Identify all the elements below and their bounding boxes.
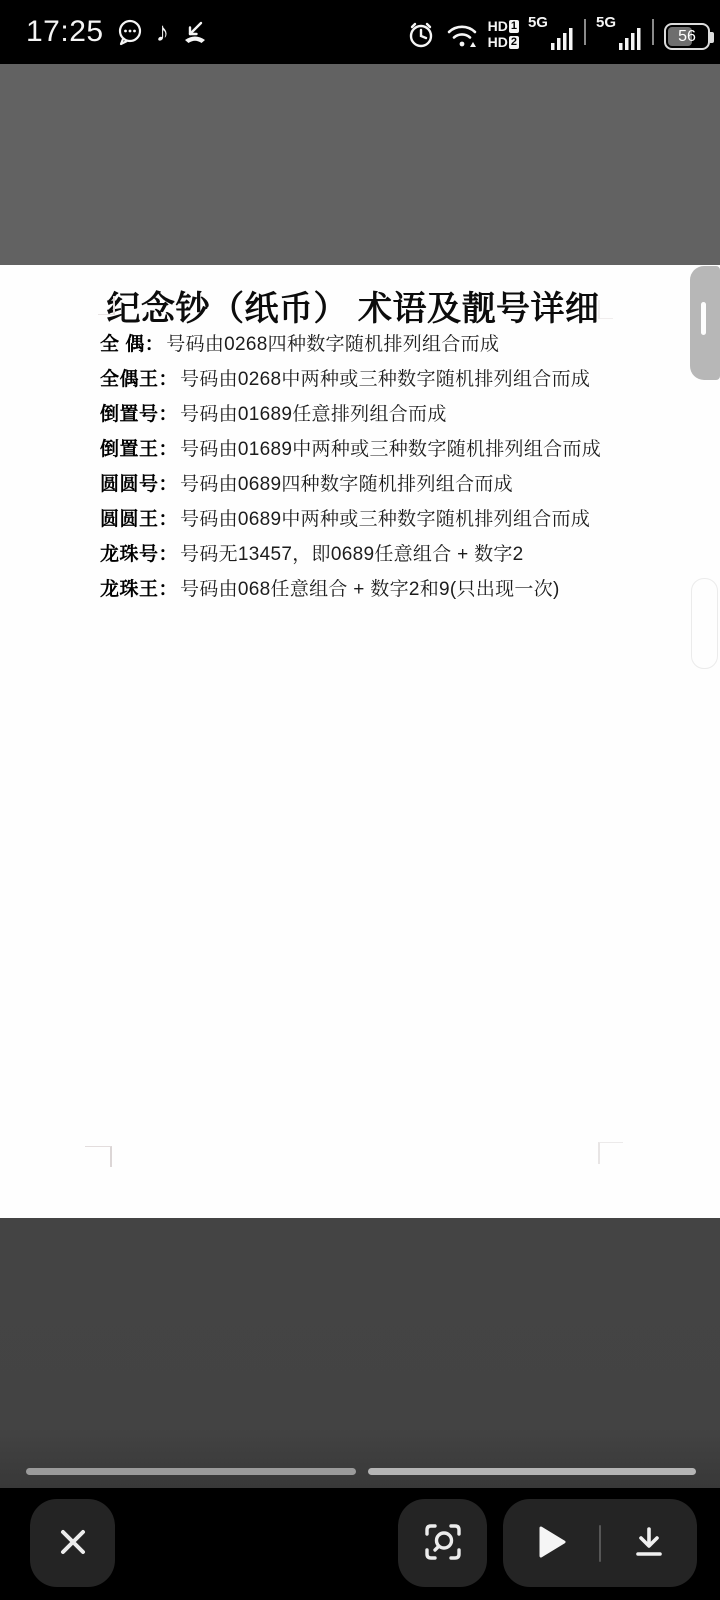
hd2-label: HD bbox=[488, 35, 508, 50]
phone-screen: 17:25 ♪ bbox=[0, 0, 720, 1600]
term-definition: 号码由01689中两种或三种数字随机排列组合而成 bbox=[180, 434, 601, 461]
media-action-group bbox=[503, 1499, 697, 1587]
term-entry: 龙珠号： 号码无13457，即0689任意组合 + 数字2 bbox=[100, 535, 680, 570]
registration-mark-top-right bbox=[598, 300, 613, 319]
status-bar: 17:25 ♪ bbox=[0, 0, 720, 64]
term-entry: 圆圆号： 号码由0689四种数字随机排列组合而成 bbox=[100, 465, 680, 500]
close-button[interactable] bbox=[30, 1499, 115, 1587]
tiktok-icon: ♪ bbox=[156, 17, 170, 48]
term-definition: 号码由0268中两种或三种数字随机排列组合而成 bbox=[180, 364, 590, 391]
term-entry: 龙珠王： 号码由068任意组合 + 数字2和9(只出现一次) bbox=[100, 570, 680, 605]
term-entry: 全偶王： 号码由0268中两种或三种数字随机排列组合而成 bbox=[100, 360, 680, 395]
signal-sim1-icon: 5G bbox=[528, 14, 574, 50]
term-definition: 号码由068任意组合 + 数字2和9(只出现一次) bbox=[180, 574, 560, 601]
term-label: 龙珠王： bbox=[100, 574, 178, 601]
image-search-icon bbox=[420, 1519, 466, 1568]
registration-mark-top-left bbox=[98, 296, 115, 315]
hd2-sim-number: 2 bbox=[509, 36, 519, 49]
chat-bubble-icon bbox=[116, 18, 144, 46]
download-icon bbox=[630, 1523, 668, 1564]
term-label: 全偶王： bbox=[100, 364, 178, 391]
term-entry: 圆圆王： 号码由0689中两种或三种数字随机排列组合而成 bbox=[100, 500, 680, 535]
image-search-button[interactable] bbox=[398, 1499, 487, 1587]
close-icon bbox=[52, 1521, 94, 1566]
term-label: 倒置王： bbox=[100, 434, 178, 461]
battery-percent: 56 bbox=[678, 28, 696, 46]
signal-sim2-icon: 5G bbox=[596, 14, 642, 50]
clock-text: 17:25 bbox=[26, 15, 104, 49]
status-divider bbox=[652, 19, 654, 45]
download-button[interactable] bbox=[601, 1499, 697, 1587]
play-icon bbox=[534, 1524, 568, 1563]
term-label: 圆圆号： bbox=[100, 469, 178, 496]
bottom-toolbar bbox=[0, 1488, 720, 1600]
scrollbar-grip-icon bbox=[701, 302, 706, 335]
battery-icon: 56 bbox=[664, 23, 710, 50]
missed-call-icon bbox=[181, 18, 209, 46]
scrollbar-thumb[interactable] bbox=[690, 266, 720, 380]
page-progress-bar-2[interactable] bbox=[368, 1468, 696, 1475]
viewer-background-top[interactable] bbox=[0, 64, 720, 265]
term-definition: 号码无13457，即0689任意组合 + 数字2 bbox=[180, 539, 524, 566]
term-label: 倒置号： bbox=[100, 399, 178, 426]
term-entry: 倒置号： 号码由01689任意排列组合而成 bbox=[100, 395, 680, 430]
term-definition: 号码由01689任意排列组合而成 bbox=[180, 399, 447, 426]
term-entry: 全 偶： 号码由0268四种数字随机排列组合而成 bbox=[100, 325, 680, 360]
wifi-icon bbox=[445, 20, 479, 50]
term-label: 龙珠号： bbox=[100, 539, 178, 566]
scrollbar-track-ghost bbox=[691, 578, 718, 669]
hd1-label: HD bbox=[488, 19, 508, 34]
term-list: 全 偶： 号码由0268四种数字随机排列组合而成 全偶王： 号码由0268中两种… bbox=[100, 325, 680, 605]
alarm-clock-icon bbox=[406, 20, 436, 50]
status-divider bbox=[584, 19, 586, 45]
registration-mark-bottom-right bbox=[598, 1142, 623, 1164]
network-type-sim1: 5G bbox=[528, 14, 548, 31]
play-button[interactable] bbox=[503, 1499, 599, 1587]
term-definition: 号码由0689四种数字随机排列组合而成 bbox=[180, 469, 513, 496]
page-progress-bar-1[interactable] bbox=[26, 1468, 356, 1475]
hd-volte-indicator: HD 1 HD 2 bbox=[488, 19, 519, 50]
registration-mark-bottom-left bbox=[85, 1146, 112, 1167]
term-entry: 倒置王： 号码由01689中两种或三种数字随机排列组合而成 bbox=[100, 430, 680, 465]
term-label: 圆圆王： bbox=[100, 504, 178, 531]
battery-nub bbox=[710, 32, 714, 43]
hd1-sim-number: 1 bbox=[509, 20, 519, 33]
viewer-background-bottom[interactable] bbox=[0, 1218, 720, 1488]
term-definition: 号码由0268四种数字随机排列组合而成 bbox=[166, 329, 499, 356]
term-definition: 号码由0689中两种或三种数字随机排列组合而成 bbox=[180, 504, 590, 531]
term-label: 全 偶： bbox=[100, 329, 164, 356]
network-type-sim2: 5G bbox=[596, 14, 616, 31]
